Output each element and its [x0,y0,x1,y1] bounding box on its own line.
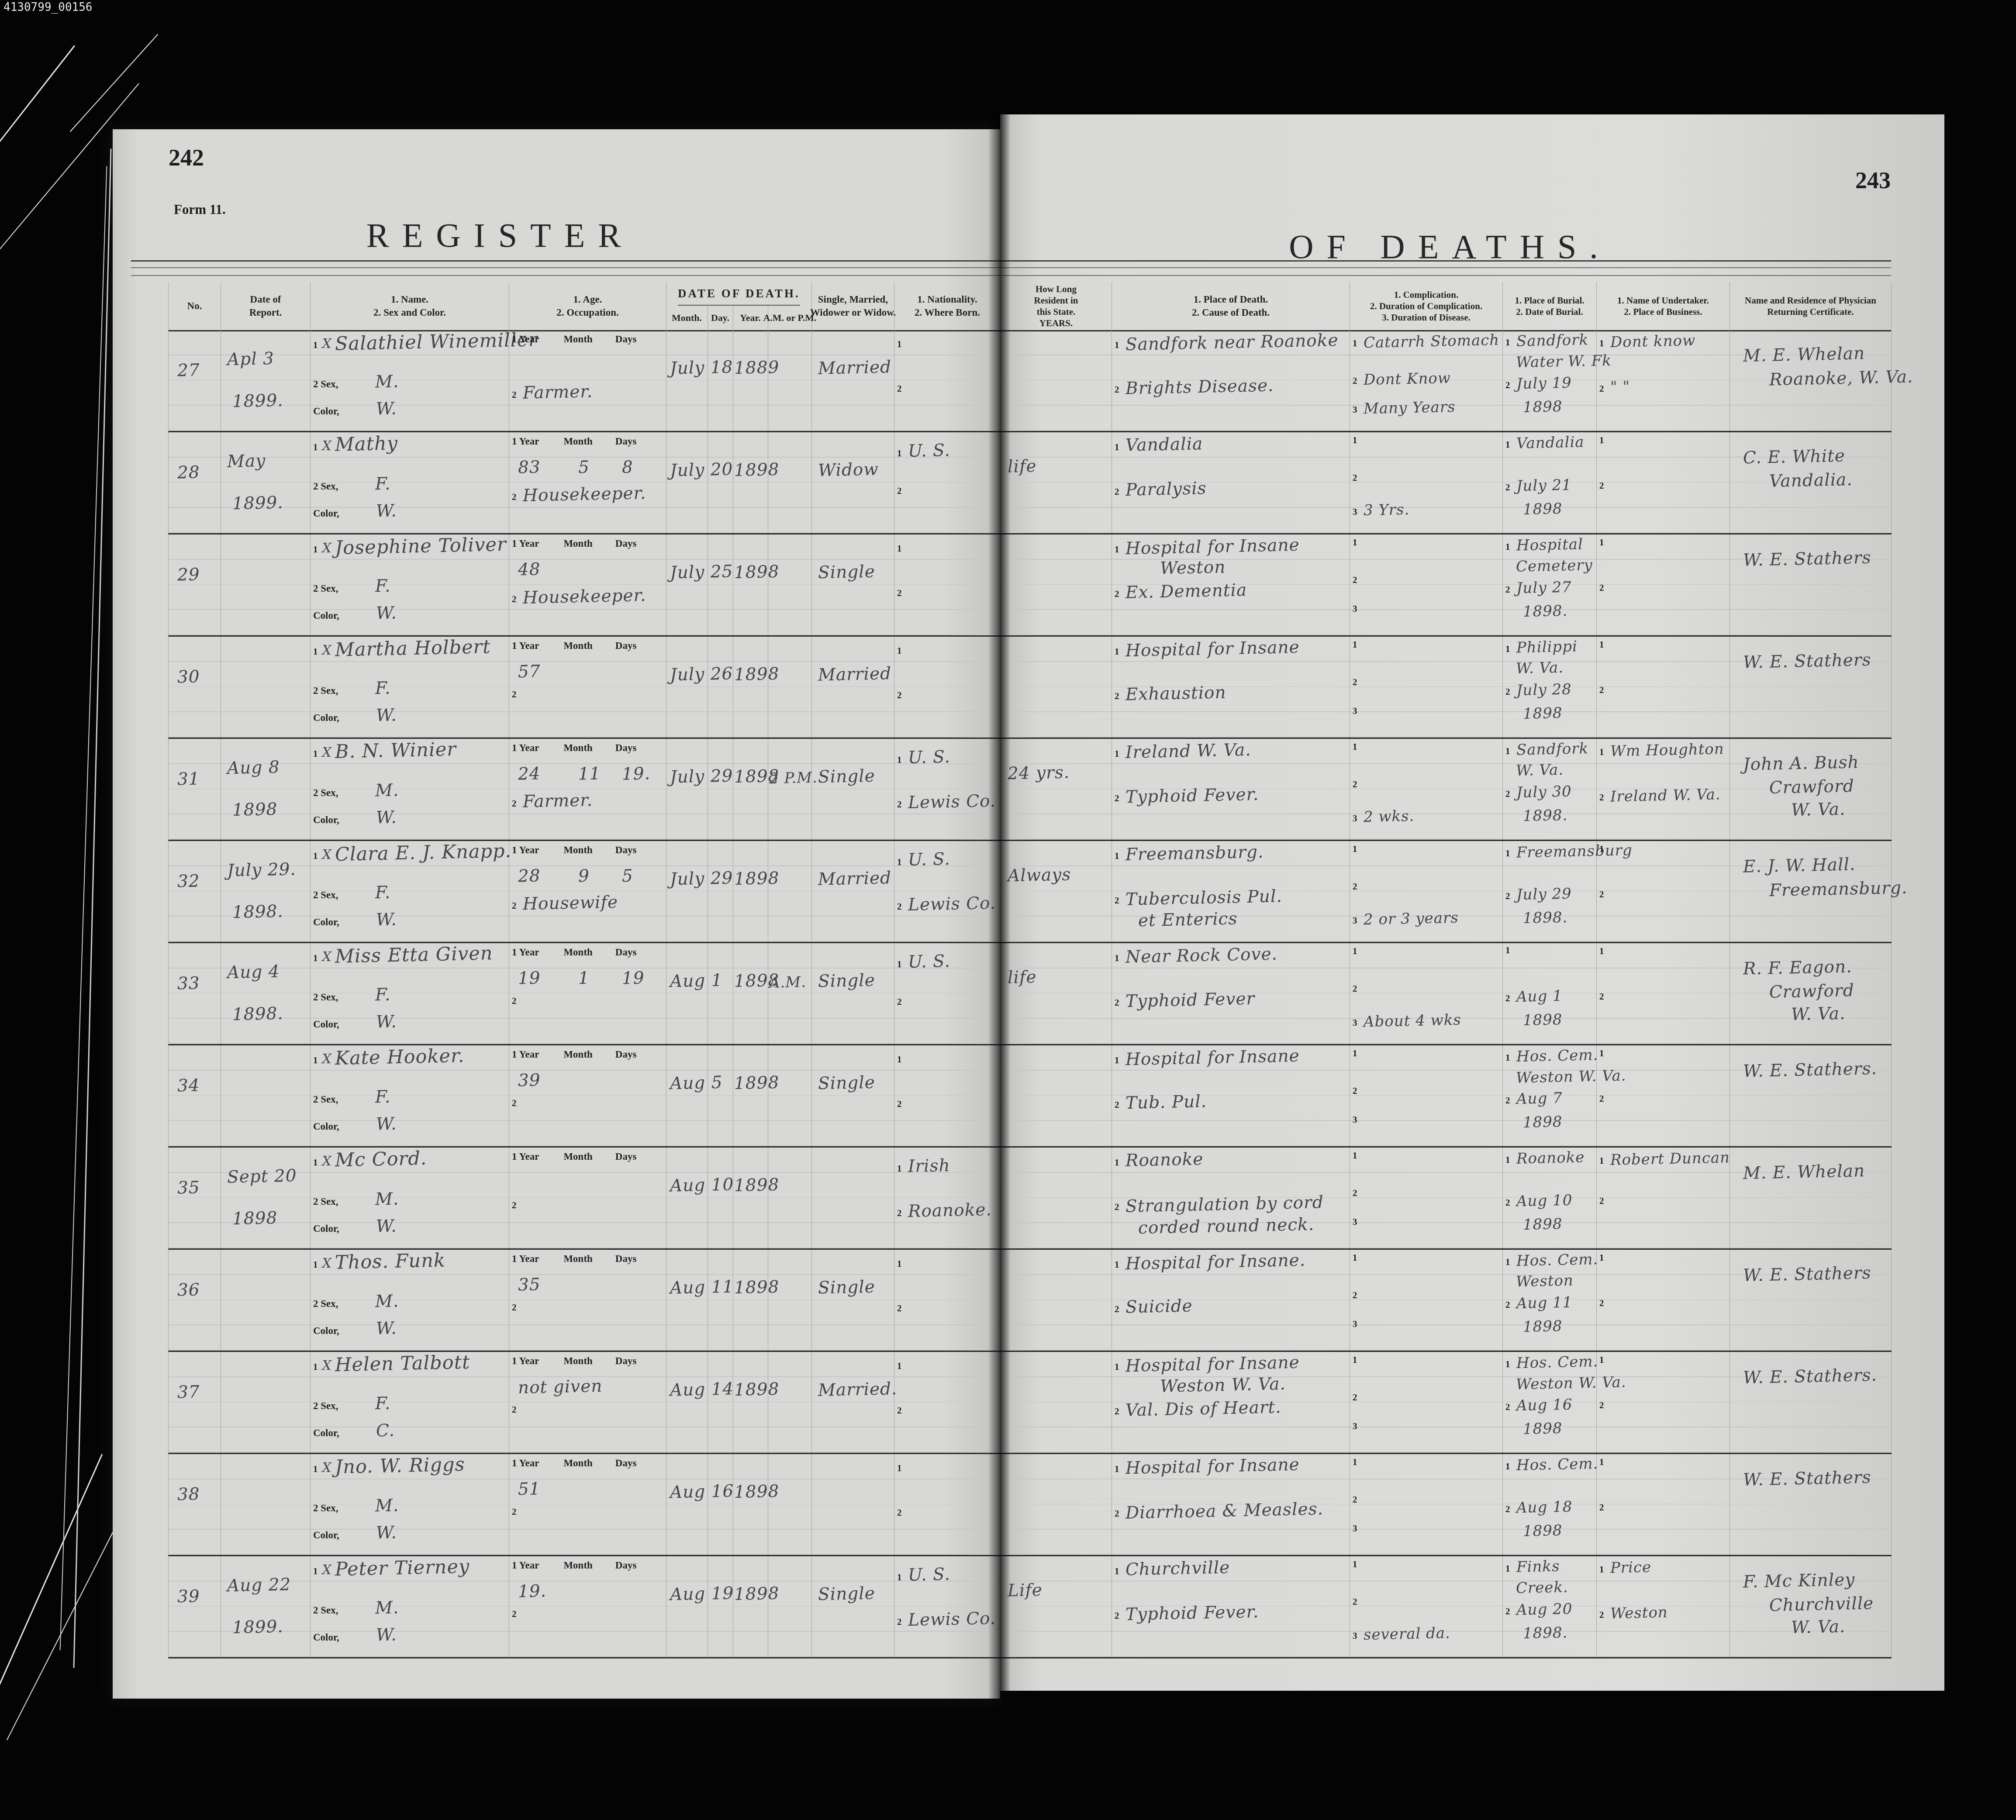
cell-death-month: July 29 [666,841,708,942]
cell-nationality: 1 2 [894,1454,1001,1555]
cell-death-month: Aug 10 [666,1148,708,1248]
cell-death-year: 1898 [733,943,768,1044]
cell-undertaker: 1 2 [1597,841,1730,942]
cell-death-year: 1898 [733,1250,768,1351]
cell-marital: Single [812,739,894,840]
cell-no: 35 [169,1148,221,1248]
date-of-death-subheaders: Month. Day. Year. A.M. or P.M. [666,306,812,330]
register-row-right: 1 Hospital for Insane 2 Diarrhoea & Meas… [1000,1454,1892,1556]
cell-resident: life [1001,432,1112,533]
cell-place-cause-of-death: 1 Near Rock Cove. 2 Typhoid Fever [1112,943,1350,1044]
cell-physician: E. J. W. Hall. Freemansburg. [1730,841,1892,942]
cell-nationality: 1 U. S. 2 Lewis Co. [894,739,1001,840]
cell-death-month: July 25 [666,534,708,635]
cell-no: 38 [169,1454,221,1555]
cell-date-of-report [221,1250,311,1351]
cell-age-occupation: 1 Year Month Days 57 2 [509,637,666,738]
cell-age-occupation: 1 Year Month Days 24 11 19. 2 Farmer. [509,739,666,840]
cell-age-occupation: 1 Year Month Days not given 2 [509,1352,666,1453]
form-label: Form 11. [174,202,226,217]
cell-death-month: July 20 [666,432,708,533]
col-header-ampm: A.M. or P.M. [768,306,812,330]
cell-place-cause-of-death: 1 Roanoke 2 Strangulation by cord corded… [1112,1148,1350,1248]
col-header-complication: 1. Complication. 2. Duration of Complica… [1350,282,1503,330]
cell-no: 27 [169,330,221,431]
cell-date-of-report: Apl 3 1899. [221,330,311,431]
cell-marital: Married [812,330,894,431]
cell-resident [1001,1148,1112,1248]
register-row-right: 1 Sandfork near Roanoke 2 Brights Diseas… [1000,330,1892,432]
cell-resident [1001,330,1112,431]
cell-place-cause-of-death: 1 Hospital for Insane 2 Diarrhoea & Meas… [1112,1454,1350,1555]
cell-undertaker: 1 2 [1597,534,1730,635]
cell-date-of-report: Aug 8 1898 [221,739,311,840]
scan-id: 4130799_00156 [3,1,93,14]
cell-death-month: Aug 1 [666,943,708,1044]
right-table-body: 1 Sandfork near Roanoke 2 Brights Diseas… [1000,330,1892,1658]
col-header-physician: Name and Residence of Physician Returnin… [1730,282,1892,330]
scanned-register-page: 4130799_00156 242 243 Form 11. REGISTER … [0,0,2016,1820]
cell-age-occupation: 1 Year Month Days 19 1 19 2 [509,943,666,1044]
cell-no: 30 [169,637,221,738]
horizontal-rule [131,260,1891,262]
col-header-age-occupation: 1. Age. 2. Occupation. [509,282,666,330]
cell-death-year: 1889 [733,330,768,431]
col-header-date-of-report: Date of Report. [221,282,311,330]
cell-marital [812,1148,894,1248]
cell-burial: 1 Freemansburg 2 July 29 1898. [1503,841,1597,942]
cell-undertaker: 1 2 [1597,432,1730,533]
cell-date-of-report [221,1454,311,1555]
cell-burial: 1 Hos. Cem. Weston W. Va. 2 Aug 7 1898 [1503,1045,1597,1146]
cell-undertaker: 1 Robert Duncan 2 [1597,1148,1730,1248]
col-header-month: Month. [666,306,708,330]
cell-death-ampm [768,1454,812,1555]
cell-undertaker: 1 Price 2 Weston [1597,1556,1730,1657]
cell-marital: Widow [812,432,894,533]
col-header-date-of-death: DATE OF DEATH. Month. Day. Year. A.M. or… [666,282,812,330]
cell-burial: 1 Hos. Cem. 2 Aug 18 1898 [1503,1454,1597,1555]
cell-death-ampm [768,330,812,431]
cell-death-year: 1898 [733,1352,768,1453]
cell-no: 28 [169,432,221,533]
cell-name-sex-color: 1XB. N. Winier 2 Sex, M. Color, W. [311,739,509,840]
cell-marital: Married. [812,1352,894,1453]
register-row-left: 37 1XHelen Talbott 2 Sex, F. Color, C. 1… [168,1352,1001,1454]
cell-death-month: Aug 14 [666,1352,708,1453]
cell-complication: 1 2 3 2 or 3 years [1350,841,1503,942]
cell-age-occupation: 1 Year Month Days 28 9 5 2 Housewife [509,841,666,942]
cell-undertaker: 1 2 [1597,1352,1730,1453]
cell-no: 31 [169,739,221,840]
cell-marital: Married [812,637,894,738]
cell-death-year: 1898 [733,534,768,635]
cell-place-cause-of-death: 1 Sandfork near Roanoke 2 Brights Diseas… [1112,330,1350,431]
cell-physician: John A. Bush Crawford W. Va. [1730,739,1892,840]
cell-nationality: 1 U. S. 2 Lewis Co. [894,1556,1001,1657]
cell-death-year: 1898 [733,1045,768,1146]
cell-place-cause-of-death: 1 Ireland W. Va. 2 Typhoid Fever. [1112,739,1350,840]
cell-physician: W. E. Stathers. [1730,1352,1892,1453]
cell-death-month: July 18 [666,330,708,431]
cell-complication: 1 2 3 [1350,1148,1503,1248]
register-row-right: life 1 Vandalia 2 Paralysis 1 2 3 3 Yrs. [1000,432,1892,534]
cell-nationality: 1 U. S. 2 Lewis Co. [894,841,1001,942]
cell-date-of-report: May 1899. [221,432,311,533]
left-table-body: 27 Apl 3 1899. 1XSalathiel Winemiller 2 … [168,330,1001,1658]
cell-complication: 1 2 3 [1350,1454,1503,1555]
cell-date-of-report [221,637,311,738]
register-row-right: Always 1 Freemansburg. 2 Tuberculosis Pu… [1000,841,1892,943]
cell-place-cause-of-death: 1 Hospital for Insane Weston 2 Ex. Demen… [1112,534,1350,635]
register-row-right: 24 yrs. 1 Ireland W. Va. 2 Typhoid Fever… [1000,739,1892,841]
cell-nationality: 1 U. S. 2 [894,943,1001,1044]
col-header-nationality: 1. Nationality. 2. Where Born. [894,282,1001,330]
cell-name-sex-color: 1XJosephine Toliver 2 Sex, F. Color, W. [311,534,509,635]
cell-complication: 1 2 3 [1350,1045,1503,1146]
cell-name-sex-color: 1XMc Cord. 2 Sex, M. Color, W. [311,1148,509,1248]
cell-burial: 1 Vandalia 2 July 21 1898 [1503,432,1597,533]
cell-physician: R. F. Eagon. Crawford W. Va. [1730,943,1892,1044]
cell-no: 32 [169,841,221,942]
cell-name-sex-color: 1XPeter Tierney 2 Sex, M. Color, W. [311,1556,509,1657]
cell-age-occupation: 1 Year Month Days 35 2 [509,1250,666,1351]
cell-age-occupation: 1 Year Month Days 48 2 Housekeeper. [509,534,666,635]
cell-death-day [708,1148,733,1248]
register-row-right: 1 Hospital for Insane Weston 2 Ex. Demen… [1000,534,1892,637]
col-header-undertaker: 1. Name of Undertaker. 2. Place of Busin… [1597,282,1730,330]
cell-death-ampm [768,534,812,635]
cell-age-occupation: 1 Year Month Days 51 2 [509,1454,666,1555]
cell-death-day [708,432,733,533]
register-row-right: 1 Hospital for Insane Weston W. Va. 2 Va… [1000,1352,1892,1454]
cell-death-month: Aug 11 [666,1250,708,1351]
left-table-header: No. Date of Report. 1. Name. 2. Sex and … [168,282,1001,330]
register-row-left: 30 1XMartha Holbert 2 Sex, F. Color, W. … [168,637,1001,739]
cell-resident [1001,1250,1112,1351]
cell-date-of-report [221,1045,311,1146]
cell-resident [1001,1454,1112,1555]
cell-date-of-report: July 29. 1898. [221,841,311,942]
cell-death-day [708,943,733,1044]
cell-complication: 1 2 3 2 wks. [1350,739,1503,840]
cell-marital: Married [812,841,894,942]
cell-burial: 1 Hospital Cemetery 2 July 27 1898. [1503,534,1597,635]
cell-physician: M. E. Whelan [1730,1148,1892,1248]
cell-name-sex-color: 1XMathy 2 Sex, F. Color, W. [311,432,509,533]
register-row-left: 28 May 1899. 1XMathy 2 Sex, F. Color, W.… [168,432,1001,534]
cell-burial: 1 Hos. Cem. Weston W. Va. 2 Aug 16 1898 [1503,1352,1597,1453]
register-row-left: 35 Sept 20 1898 1XMc Cord. 2 Sex, M. Col… [168,1148,1001,1250]
horizontal-rule [131,275,1891,276]
cell-date-of-report [221,1352,311,1453]
cell-burial: 1 Philippi W. Va. 2 July 28 1898 [1503,637,1597,738]
cell-age-occupation: 1 Year Month Days 2 Farmer. [509,330,666,431]
cell-no: 36 [169,1250,221,1351]
cell-burial: 1 Hos. Cem. Weston 2 Aug 11 1898 [1503,1250,1597,1351]
cell-resident [1001,1352,1112,1453]
cell-name-sex-color: 1XClara E. J. Knapp. 2 Sex, F. Color, W. [311,841,509,942]
cell-undertaker: 1 2 [1597,1454,1730,1555]
scratch-decoration [0,45,75,191]
cell-undertaker: 1 2 [1597,1045,1730,1146]
cell-complication: 1 2 3 [1350,1352,1503,1453]
cell-date-of-report: Sept 20 1898 [221,1148,311,1248]
cell-physician: F. Mc Kinley Churchville W. Va. [1730,1556,1892,1657]
cell-name-sex-color: 1XThos. Funk 2 Sex, M. Color, W. [311,1250,509,1351]
cell-place-cause-of-death: 1 Churchville 2 Typhoid Fever. [1112,1556,1350,1657]
cell-nationality: 1 2 [894,637,1001,738]
cell-name-sex-color: 1XMartha Holbert 2 Sex, F. Color, W. [311,637,509,738]
cell-date-of-report [221,534,311,635]
register-row-left: 32 July 29. 1898. 1XClara E. J. Knapp. 2… [168,841,1001,943]
cell-complication: 1 2 3 several da. [1350,1556,1503,1657]
cell-death-day [708,1250,733,1351]
cell-death-month: Aug 5 [666,1045,708,1146]
scratch-decoration [0,1454,103,1734]
cell-marital: Single [812,1250,894,1351]
cell-burial: 1 2 Aug 1 1898 [1503,943,1597,1044]
cell-death-month: July 26 [666,637,708,738]
cell-death-month: Aug 19 [666,1556,708,1657]
register-row-left: 33 Aug 4 1898. 1XMiss Etta Given 2 Sex, … [168,943,1001,1045]
cell-resident: Life [1001,1556,1112,1657]
cell-marital [812,1454,894,1555]
cell-death-day [708,1556,733,1657]
cell-burial: 1 Sandfork Water W. Fk 2 July 19 1898 [1503,330,1597,431]
register-row-left: 29 1XJosephine Toliver 2 Sex, F. Color, … [168,534,1001,637]
cell-physician: W. E. Stathers [1730,534,1892,635]
cell-death-ampm [768,432,812,533]
cell-death-ampm: 2 P.M. [768,739,812,840]
cell-death-day [708,841,733,942]
cell-nationality: 1 U. S. 2 [894,432,1001,533]
page-edges-decoration [73,148,111,1668]
register-row-left: 36 1XThos. Funk 2 Sex, M. Color, W. 1 Ye… [168,1250,1001,1352]
cell-place-cause-of-death: 1 Freemansburg. 2 Tuberculosis Pul. et E… [1112,841,1350,942]
cell-nationality: 1 Irish 2 Roanoke. [894,1148,1001,1248]
cell-death-year: 1898 [733,1454,768,1555]
cell-place-cause-of-death: 1 Vandalia 2 Paralysis [1112,432,1350,533]
cell-death-day [708,739,733,840]
cell-complication: 1 2 3 3 Yrs. [1350,432,1503,533]
page-edges-decoration [60,166,107,1650]
register-row-left: 34 1XKate Hooker. 2 Sex, F. Color, W. 1 … [168,1045,1001,1148]
cell-marital: Single [812,534,894,635]
register-title-left: REGISTER [0,216,1000,255]
register-row-right: 1 Roanoke 2 Strangulation by cord corded… [1000,1148,1892,1250]
register-row-right: 1 Hospital for Insane. 2 Suicide 1 2 3 1 [1000,1250,1892,1352]
cell-undertaker: 1 Dont know 2 " " [1597,330,1730,431]
cell-death-month: July 29 [666,739,708,840]
cell-age-occupation: 1 Year Month Days 83 5 8 2 Housekeeper. [509,432,666,533]
cell-no: 29 [169,534,221,635]
cell-undertaker: 1 Wm Houghton 2 Ireland W. Va. [1597,739,1730,840]
cell-undertaker: 1 2 [1597,1250,1730,1351]
cell-undertaker: 1 2 [1597,943,1730,1044]
cell-undertaker: 1 2 [1597,637,1730,738]
cell-age-occupation: 1 Year Month Days 39 2 [509,1045,666,1146]
cell-burial: 1 Finks Creek. 2 Aug 20 1898. [1503,1556,1597,1657]
register-row-right: 1 Hospital for Insane 2 Tub. Pul. 1 2 3 … [1000,1045,1892,1148]
cell-death-ampm [768,1148,812,1248]
cell-resident: life [1001,943,1112,1044]
cell-physician: W. E. Stathers [1730,637,1892,738]
cell-nationality: 1 2 [894,1352,1001,1453]
book-gutter [988,114,1011,1699]
cell-death-year: 1898 [733,1148,768,1248]
cell-death-ampm [768,637,812,738]
cell-death-day [708,330,733,431]
cell-resident [1001,534,1112,635]
cell-physician: C. E. White Vandalia. [1730,432,1892,533]
register-row-right: 1 Hospital for Insane 2 Exhaustion 1 2 3… [1000,637,1892,739]
cell-place-cause-of-death: 1 Hospital for Insane 2 Tub. Pul. [1112,1045,1350,1146]
cell-burial: 1 Roanoke 2 Aug 10 1898 [1503,1148,1597,1248]
cell-no: 39 [169,1556,221,1657]
cell-name-sex-color: 1XHelen Talbott 2 Sex, F. Color, C. [311,1352,509,1453]
cell-physician: W. E. Stathers. [1730,1045,1892,1146]
register-row-left: 27 Apl 3 1899. 1XSalathiel Winemiller 2 … [168,330,1001,432]
cell-place-cause-of-death: 1 Hospital for Insane Weston W. Va. 2 Va… [1112,1352,1350,1453]
page-number-left: 242 [169,144,204,171]
cell-marital: Single [812,1045,894,1146]
cell-death-ampm [768,1250,812,1351]
cell-physician: W. E. Stathers [1730,1454,1892,1555]
col-header-resident: How Long Resident in this State. YEARS. [1001,282,1112,330]
right-table-header: How Long Resident in this State. YEARS. … [1000,282,1892,330]
cell-death-day [708,1454,733,1555]
cell-death-ampm [768,1352,812,1453]
cell-nationality: 1 2 [894,534,1001,635]
cell-complication: 1 2 3 About 4 wks [1350,943,1503,1044]
register-row-left: 39 Aug 22 1899. 1XPeter Tierney 2 Sex, M… [168,1556,1001,1658]
cell-death-year: 1898 [733,637,768,738]
col-header-day: Day. [708,306,733,330]
cell-death-year: 1898 [733,739,768,840]
cell-resident [1001,637,1112,738]
register-row-left: 31 Aug 8 1898 1XB. N. Winier 2 Sex, M. C… [168,739,1001,841]
cell-nationality: 1 2 [894,1045,1001,1146]
cell-complication: 1 2 3 [1350,1250,1503,1351]
cell-no: 33 [169,943,221,1044]
cell-complication: 1 Catarrh Stomach 2 Dont Know 3 Many Yea… [1350,330,1503,431]
cell-death-day [708,534,733,635]
cell-age-occupation: 1 Year Month Days 2 [509,1148,666,1248]
cell-death-year: 1898 [733,841,768,942]
cell-death-month: Aug 16 [666,1454,708,1555]
col-header-place-cause-of-death: 1. Place of Death. 2. Cause of Death. [1112,282,1350,330]
cell-burial: 1 Sandfork W. Va. 2 July 30 1898. [1503,739,1597,840]
cell-no: 34 [169,1045,221,1146]
cell-place-cause-of-death: 1 Hospital for Insane. 2 Suicide [1112,1250,1350,1351]
cell-date-of-report: Aug 22 1899. [221,1556,311,1657]
col-header-no: No. [169,282,221,330]
cell-complication: 1 2 3 [1350,534,1503,635]
col-header-name-sex-color: 1. Name. 2. Sex and Color. [311,282,509,330]
cell-death-day [708,1045,733,1146]
cell-death-ampm [768,1556,812,1657]
cell-place-cause-of-death: 1 Hospital for Insane 2 Exhaustion [1112,637,1350,738]
cell-physician: M. E. Whelan Roanoke, W. Va. [1730,330,1892,431]
cell-resident [1001,1045,1112,1146]
cell-age-occupation: 1 Year Month Days 19. 2 [509,1556,666,1657]
cell-complication: 1 2 3 [1350,637,1503,738]
cell-death-day [708,637,733,738]
page-number-right: 243 [1855,167,1891,194]
cell-marital: Single [812,943,894,1044]
cell-death-day [708,1352,733,1453]
cell-marital: Single [812,1556,894,1657]
cell-resident: Always [1001,841,1112,942]
cell-name-sex-color: 1XKate Hooker. 2 Sex, F. Color, W. [311,1045,509,1146]
cell-date-of-report: Aug 4 1898. [221,943,311,1044]
cell-resident: 24 yrs. [1001,739,1112,840]
cell-name-sex-color: 1XSalathiel Winemiller 2 Sex, M. Color, … [311,330,509,431]
col-header-marital: Single, Married, Widower or Widow. [812,282,894,330]
register-row-left: 38 1XJno. W. Riggs 2 Sex, M. Color, W. 1… [168,1454,1001,1556]
horizontal-rule [131,267,1891,268]
cell-death-ampm [768,841,812,942]
cell-name-sex-color: 1XMiss Etta Given 2 Sex, F. Color, W. [311,943,509,1044]
cell-death-year: 1898 [733,1556,768,1657]
cell-nationality: 1 2 [894,1250,1001,1351]
cell-physician: W. E. Stathers [1730,1250,1892,1351]
scratch-decoration [70,34,158,132]
col-header-burial: 1. Place of Burial. 2. Date of Burial. [1503,282,1597,330]
cell-nationality: 1 2 [894,330,1001,431]
register-row-right: Life 1 Churchville 2 Typhoid Fever. 1 2 … [1000,1556,1892,1658]
cell-no: 37 [169,1352,221,1453]
cell-death-ampm: A.M. [768,943,812,1044]
cell-death-ampm [768,1045,812,1146]
register-row-right: life 1 Near Rock Cove. 2 Typhoid Fever 1… [1000,943,1892,1045]
cell-death-year: 1898 [733,432,768,533]
cell-name-sex-color: 1XJno. W. Riggs 2 Sex, M. Color, W. [311,1454,509,1555]
